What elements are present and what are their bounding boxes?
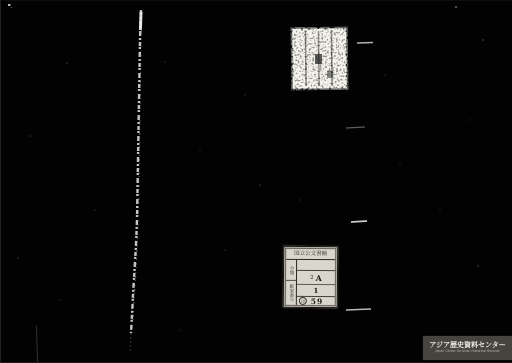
crease-line: [37, 326, 38, 362]
label-left-column: 分類 配架番号: [286, 260, 297, 305]
label-classification-caption: 分類: [286, 260, 296, 281]
label-class-prefix: 2: [310, 274, 314, 280]
label-middle-value: 1: [297, 285, 335, 297]
scan-artifacts: [0, 0, 512, 363]
page-fold-line: [130, 10, 142, 351]
corner-marks: [8, 4, 484, 41]
jacar-watermark: アジア歴史資料センター Japan Center for Asian Histo…: [423, 336, 512, 360]
label-header: 国立公文書館: [286, 249, 335, 260]
page-edge-glints: [346, 43, 373, 311]
label-empty-row: [297, 260, 335, 271]
seal-icon: 印: [299, 297, 307, 305]
scanned-page: 国立公文書館 分類 配架番号 2 A 1 印 59: [0, 0, 512, 363]
label-shelfnumber-caption: 配架番号: [286, 281, 296, 305]
jacar-watermark-title: アジア歴史資料センター: [429, 341, 505, 349]
dust-specks: [17, 61, 479, 330]
label-value-column: 2 A 1 印 59: [297, 260, 335, 305]
label-class-value: A: [316, 273, 322, 283]
label-number-row: 印 59: [297, 297, 335, 305]
jacar-watermark-subtitle: Japan Center for Asian Historical Record…: [436, 350, 500, 353]
label-number-value: 59: [311, 297, 324, 305]
label-class-row: 2 A: [297, 271, 335, 285]
illegible-stamp: [291, 27, 349, 91]
archive-shelf-label-inner: 国立公文書館 分類 配架番号 2 A 1 印 59: [285, 248, 336, 306]
archive-shelf-label: 国立公文書館 分類 配架番号 2 A 1 印 59: [283, 246, 338, 308]
label-body: 分類 配架番号 2 A 1 印 59: [286, 260, 335, 305]
